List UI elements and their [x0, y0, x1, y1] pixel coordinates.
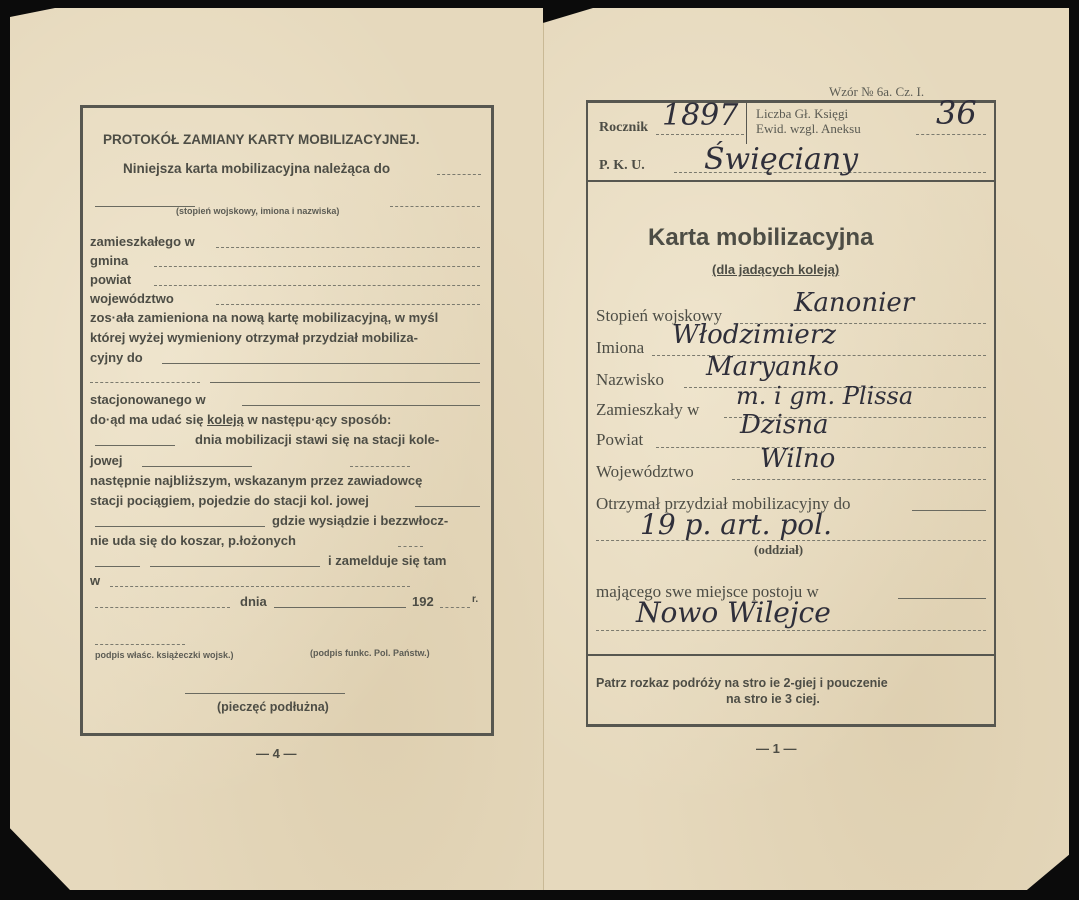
protocol-body-line-8: następnie najbliższym, wskazanym przez z… [90, 473, 422, 488]
assignment-line [912, 510, 986, 511]
protocol-body-line-4: stacjonowanego w [90, 392, 206, 407]
garrison-line-2 [596, 630, 986, 631]
field-voivodeship-blank[interactable] [216, 304, 480, 305]
footer-note-line-2: na stro ie 3 ciej. [726, 692, 820, 706]
rocznik-label: Rocznik [599, 120, 648, 136]
date-label: dnia [240, 594, 267, 609]
ledger-line [916, 134, 986, 135]
destination-station-blank-2[interactable] [95, 526, 265, 527]
garrison-value[interactable]: Nowo Wilejce [636, 596, 831, 629]
residence-value[interactable]: m. i gm. Plissa [736, 382, 913, 410]
footer-divider [586, 654, 996, 656]
protocol-title: PROTOKÓŁ ZAMIANY KARTY MOBILIZACYJNEJ. [103, 132, 420, 147]
protocol-body-line-2: której wyżej wymieniony otrzymał przydzi… [90, 330, 418, 345]
field-residence-blank[interactable] [216, 247, 480, 248]
assignment-blank-2[interactable] [90, 382, 200, 383]
rocznik-line [656, 134, 744, 135]
field-powiat-blank[interactable] [154, 285, 480, 286]
left-page-protocol: PROTOKÓŁ ZAMIANY KARTY MOBILIZACYJNEJ. N… [10, 8, 543, 890]
names-caption: (stopień wojskowy, imiona i nazwiska) [176, 206, 339, 216]
travel-text-c: w następu·ący sposób: [248, 412, 392, 427]
field-voivodeship-label: województwo [90, 291, 174, 306]
surname-label: Nazwisko [596, 370, 664, 390]
voivodeship-line [732, 479, 986, 480]
station-blank[interactable] [142, 466, 252, 467]
assignment-value[interactable]: 19 p. art. pol. [640, 508, 832, 541]
pku-value[interactable]: Święciany [704, 142, 858, 177]
footer-note-line-1: Patrz rozkaz podróży na stro ie 2-giej i… [596, 676, 888, 690]
stationed-blank[interactable] [242, 405, 480, 406]
page-number-1: — 1 — [756, 741, 796, 756]
unit-caption: (oddział) [754, 542, 803, 558]
protocol-body-line-10: gdzie wysiądzie i bezzwłocz- [272, 513, 448, 528]
field-residence-label: zamieszkałego w [90, 234, 195, 249]
frame-left [586, 100, 588, 726]
protocol-body-line-7: jowej [90, 453, 123, 468]
protocol-body-line-1: zos·ała zamieniona na nową kartę mobiliz… [90, 310, 438, 325]
year-suffix: r. [472, 594, 478, 605]
ledger-label-1: Liczba Gł. Księgi [756, 106, 848, 122]
barracks-blank[interactable] [398, 546, 423, 547]
year-blank[interactable] [440, 607, 470, 608]
form-reference: Wzór № 6a. Cz. I. [829, 84, 924, 100]
card-subtitle: (dla jadących koleją) [712, 262, 839, 277]
travel-text-a: do·ąd ma udać się [90, 412, 203, 427]
field-powiat-label: powiat [90, 272, 131, 287]
card-title: Karta mobilizacyjna [648, 224, 873, 252]
page-number-4: — 4 — [256, 746, 296, 761]
field-gmina-blank[interactable] [154, 266, 480, 267]
rocznik-value[interactable]: 1897 [662, 98, 738, 133]
voivodeship-value[interactable]: Wilno [760, 444, 835, 474]
travel-rail-emphasis: koleją [207, 412, 244, 427]
protocol-body-line-12: i zamelduje się tam [328, 553, 447, 568]
pku-label: P. K. U. [599, 158, 645, 174]
district-label: Powiat [596, 430, 643, 450]
protocol-body-line-3: cyjny do [90, 350, 143, 365]
first-names-value[interactable]: Włodzimierz [672, 320, 836, 350]
protocol-body-line-5: do·ąd ma udać się koleją w następu·ący s… [90, 412, 391, 427]
frame-top [586, 100, 996, 103]
names-blank-2 [390, 206, 480, 207]
protocol-body-line-11: nie uda się do koszar, p.łożonych [90, 533, 296, 548]
garrison-line [898, 598, 986, 599]
assignment-blank[interactable] [162, 363, 480, 364]
ledger-value[interactable]: 36 [936, 94, 977, 132]
barracks-blank-3[interactable] [150, 566, 320, 567]
date-place-blank[interactable] [95, 607, 230, 608]
right-page-mobilization-card: Wzór № 6a. Cz. I. Rocznik 1897 Liczba Gł… [543, 8, 1069, 890]
protocol-body-line-13: w [90, 573, 100, 588]
stamp-caption: (pieczęć podłużna) [217, 700, 329, 714]
field-gmina-label: gmina [90, 253, 128, 268]
rank-value[interactable]: Kanonier [794, 288, 914, 318]
residence-label: Zamieszkały w [596, 400, 699, 420]
intro-blank [437, 174, 481, 175]
protocol-intro: Niniejsza karta mobilizacyjna należąca d… [123, 161, 390, 176]
station-blank-2[interactable] [350, 466, 410, 467]
protocol-body-line-6: dnia mobilizacji stawi się na stacji kol… [195, 432, 439, 447]
protocol-body-line-9: stacji pociągiem, pojedzie do stacji kol… [90, 493, 369, 508]
header-divider [586, 180, 996, 182]
ledger-label-2: Ewid. wzgl. Aneksu [756, 121, 861, 137]
year-prefix: 192 [412, 594, 434, 609]
surname-value[interactable]: Maryanko [706, 352, 839, 382]
mobilization-day-blank[interactable] [95, 445, 175, 446]
barracks-blank-2[interactable] [95, 566, 140, 567]
date-blank[interactable] [274, 607, 406, 608]
owner-signature-caption: podpis właśc. książeczki wojsk.) [95, 650, 234, 660]
destination-station-blank[interactable] [415, 506, 480, 507]
owner-signature-line[interactable] [95, 644, 185, 645]
header-vertical-divider [746, 100, 747, 144]
stamp-line [185, 693, 345, 694]
report-place-blank[interactable] [110, 586, 410, 587]
voivodeship-label: Województwo [596, 462, 694, 482]
frame-bottom [586, 724, 996, 727]
official-signature-caption: (podpis funkc. Pol. Państw.) [310, 648, 430, 658]
frame-right [994, 100, 996, 726]
district-value[interactable]: Dzisna [740, 410, 828, 440]
first-names-label: Imiona [596, 338, 644, 358]
assignment-blank-3[interactable] [210, 382, 480, 383]
